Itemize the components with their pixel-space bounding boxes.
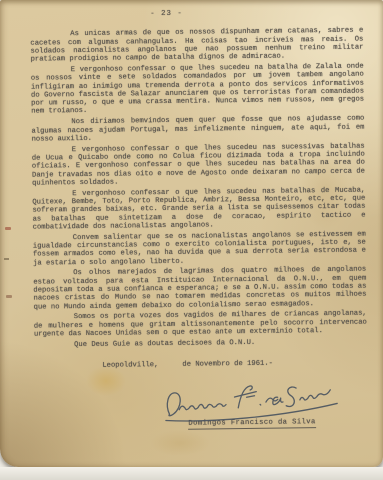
paragraph: Somos os porta vozes dos vagidos de milh…	[34, 310, 367, 339]
paragraph: Convem salientar que se os nacionalistas…	[33, 230, 366, 267]
paper-stain	[150, 430, 210, 456]
paragraph: Os olhos marejados de lagrimas dos quatr…	[33, 266, 366, 312]
dateline-date: de Novembro de 1961.-	[182, 360, 273, 369]
paragraph: Nos diriamos bemvindos quem quer que fos…	[31, 115, 364, 144]
dateline-place: Leopoldville,	[102, 362, 158, 371]
scan-artifact	[5, 227, 11, 230]
scanned-document-page: - 23 - As unicas armas de que os nossos …	[0, 0, 383, 480]
dateline: Leopoldville, de Novembro de 1961.-	[102, 359, 367, 371]
paragraph: E vergonhoso confessar o que lhes sucede…	[32, 186, 365, 232]
document-body: As unicas armas de que os nossos dispunh…	[30, 27, 367, 339]
typewritten-content: - 23 - As unicas armas de que os nossos …	[30, 8, 368, 432]
scan-artifact	[4, 258, 9, 260]
scanner-bed-edge	[0, 467, 383, 480]
paper-sheet: - 23 - As unicas armas de que os nossos …	[0, 0, 383, 467]
closing-line: Que Deus Guie as doutas decisoes da O.N.…	[34, 338, 367, 350]
paragraph: E vergonhoso confessar o que lhes sucede…	[32, 142, 365, 188]
scan-artifact	[6, 295, 12, 298]
signature-block: Domingos F. da Silva Domingos Francisco …	[152, 378, 353, 431]
paragraph: As unicas armas de que os nossos dispunh…	[30, 27, 363, 64]
page-number: - 23 -	[30, 8, 303, 20]
handwritten-signature-icon	[158, 373, 346, 427]
paragraph: E vergonhoso confessar o que lhes sucede…	[31, 63, 365, 117]
